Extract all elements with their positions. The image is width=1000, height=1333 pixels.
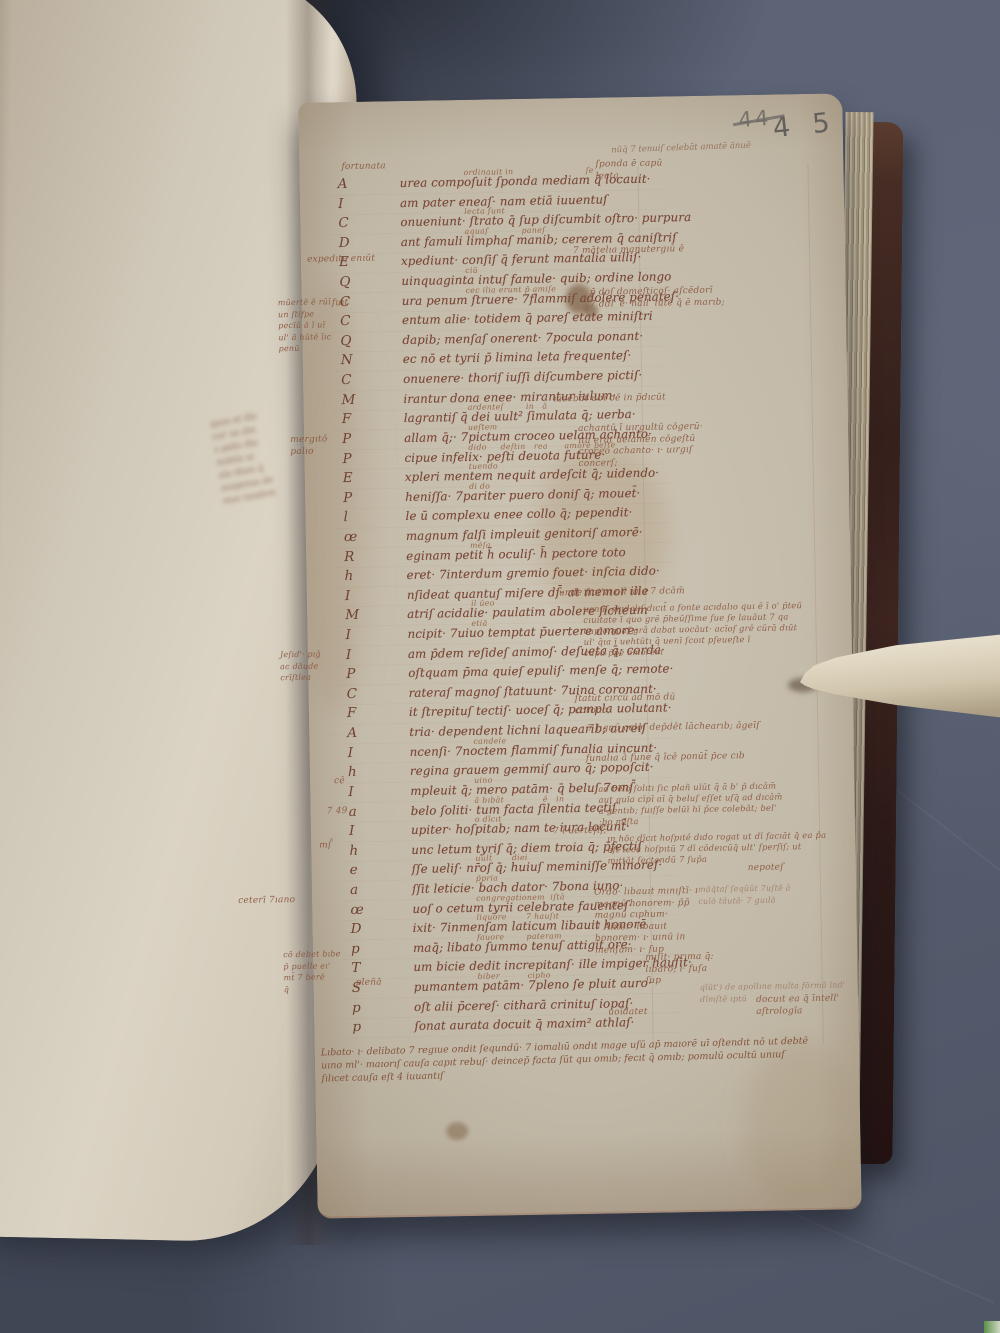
line-initial: C [341, 372, 352, 388]
margin-gloss: pleñā [356, 978, 382, 990]
margin-gloss: mergıtō palıo [290, 434, 328, 458]
line-text: oſtquam p̄ma quieſ epuliſ· menſe q̄; rem… [408, 662, 673, 681]
margin-gloss: 7 ī uertēſiſ; [553, 826, 607, 838]
line-initial: C [340, 313, 351, 329]
interlinear-gloss: tuendo [469, 462, 498, 472]
interlinear-gloss: etiā [471, 619, 487, 628]
line-initial: R [344, 549, 354, 565]
line-initial: Q [339, 274, 350, 290]
margin-gloss: ın hōc dīcıt hoſpıtē dıdo rogat ut dī fa… [607, 829, 868, 867]
interlinear-gloss: di do [469, 481, 490, 490]
line-initial: F [347, 705, 357, 721]
line-text: eginam petit h̄ oculiſ· h̄ pectore toto [406, 545, 626, 563]
interlinear-gloss: biber cipho [477, 971, 550, 981]
line-initial: D [351, 921, 362, 937]
line-initial: C [338, 215, 349, 231]
interlinear-gloss: ardenteſ in ā [468, 402, 548, 412]
interlinear-gloss: ciū [465, 266, 478, 275]
margin-gloss: p̄ doſ domeſticoſ· aſcēdorī 7 ddl' ē· na… [590, 284, 830, 311]
line-text: onuenere· thoriſ iuſſi diſcumbere pictiſ… [403, 368, 642, 386]
interlinear-gloss: fauore pateram [477, 931, 562, 941]
line-text: ſonat aurata docuit q̄ maxim² athlaſ· [414, 1015, 634, 1033]
line-text: entum alie· totidem q̄ pareſ etate miniſ… [402, 309, 653, 327]
margin-gloss: uenuſ acıdalıſ dıcıt̄ a fonte acıdalıo q… [583, 599, 852, 659]
line-initial: I [348, 745, 354, 761]
line-initial: D [339, 235, 350, 251]
line-initial: I [348, 784, 354, 800]
interlinear-gloss: lecta ſunt [464, 206, 505, 216]
line-initial: p [351, 941, 360, 957]
line-text: heniſſa· 7pariter puero doniſ q̄; mouet̄… [405, 486, 640, 504]
margin-gloss: cō debet bıbe p̄ puelle eı' mt̄ 7 berē q… [283, 948, 348, 995]
margin-gloss: ad belo ſolıtı ſıc plañ uīūt q̄ ā b' p̄ … [598, 779, 863, 828]
interlinear-gloss: uult̄ diei [475, 853, 527, 863]
line-initial: C [346, 686, 357, 702]
margin-gloss: cē [334, 776, 345, 788]
interlinear-gloss: p̄pria [476, 873, 499, 882]
interlinear-gloss: uino [474, 775, 493, 784]
line-initial: N [341, 352, 353, 368]
line-initial: Q [340, 333, 351, 349]
line-initial: T [351, 960, 360, 976]
margin-gloss: mūertē ē rūī un ſtifpe pecīū ā ī uī ul' … [278, 296, 341, 355]
line-text: le ū complexu enee collo q̄; pependit· [405, 505, 632, 523]
line-initial: h [348, 764, 357, 780]
line-text: dapib; menſaſ onerent· 7pocula ponant· [402, 329, 643, 347]
ink-stain [446, 1122, 468, 1140]
line-initial: E [343, 470, 353, 486]
margin-gloss: mſ̄ [319, 840, 331, 852]
interlinear-gloss: mēſa [470, 540, 491, 549]
line-initial: œ [344, 529, 358, 545]
line-initial: A [347, 725, 357, 741]
line-initial: l [343, 509, 348, 525]
line-initial: I [346, 647, 352, 663]
line-initial: p [352, 999, 361, 1015]
line-initial: P [343, 490, 352, 506]
line-text: eret· 7interdum gremio fouet· inſcia did… [406, 564, 659, 582]
line-initial: I [345, 588, 351, 604]
margin-gloss: expedıte enıūt [307, 254, 375, 267]
line-initial: œ [350, 901, 364, 917]
line-initial: P [346, 666, 355, 682]
margin-gloss: docuıt ea q̄ īntell' aſtrologīa [756, 993, 866, 1018]
line-initial: h [349, 843, 358, 859]
line-initial: P [342, 450, 351, 466]
line-initial: h [344, 568, 353, 584]
line-initial: p [352, 1019, 361, 1035]
line-initial: I [349, 823, 355, 839]
color-chart-sliver [984, 1321, 1000, 1333]
line-initial: I [345, 627, 351, 643]
margin-gloss: māq̄taſ ſeqūūt 7uſtē ā cuīō tāutā· 7 guı… [698, 881, 858, 907]
line-initial: M [345, 607, 359, 623]
margin-gloss: Jeſıd'· pıḡ ac dāude crīſtlea [280, 648, 341, 684]
line-initial: P [342, 431, 351, 447]
right-page-recto: 44 4 5 nūq̄ 7 tenuiſ celebāt amatē ānuē … [298, 93, 861, 1218]
interlinear-gloss: o dīcıt [475, 815, 502, 824]
interlinear-gloss: candele [473, 736, 506, 746]
interlinear-gloss: aquaſ paneſ [464, 225, 545, 235]
margin-gloss: 7 49 [327, 806, 348, 818]
line-initial: e [350, 862, 358, 878]
line-initial: A [338, 176, 348, 192]
interlinear-gloss: cec ilia erunt p̄ amiſe [466, 284, 557, 295]
margin-gloss: ceterī 7ıano [238, 895, 295, 907]
interlinear-gloss: congregationem iſtā [476, 892, 565, 903]
margin-gloss: fortunata [341, 161, 386, 173]
margin-gloss: nepoteſ [748, 862, 784, 874]
interlinear-gloss: ueſtem [468, 422, 498, 432]
manuscript-photo: quos et ille cui' ee dei s pidis illa nu… [0, 0, 1000, 1333]
margin-gloss: achantū ī uırgultū cōgerū· ıta erat uela… [578, 421, 769, 470]
interlinear-gloss: il ūeo [471, 599, 495, 608]
line-text: oſt alii p̄cereſ· citharā crinituſ iopaſ… [414, 996, 634, 1014]
line-text: onueniunt· ſtrato q̄ ſup diſcumbit oſtro… [400, 210, 691, 229]
line-initial: I [338, 196, 344, 212]
line-initial: a [350, 882, 358, 898]
margin-gloss: ſponda ē capū lecta [595, 158, 690, 183]
margin-gloss: ſtatūt cırcū ad mō dū corono; [575, 691, 745, 717]
line-text: magnum falſi impleuit genitoriſ amorē· [406, 525, 643, 543]
line-initial: F [342, 411, 352, 427]
margin-gloss: uoīdatet [608, 1007, 648, 1019]
line-text: ec nō et tyrii p̄ limina leta frequenteſ… [403, 349, 632, 367]
interlinear-gloss: ā bıbāt ē in [474, 794, 564, 805]
line-initial: a [349, 803, 357, 819]
interlinear-gloss: liquore 7 hauſıt [476, 912, 559, 922]
line-initial: M [341, 392, 355, 408]
